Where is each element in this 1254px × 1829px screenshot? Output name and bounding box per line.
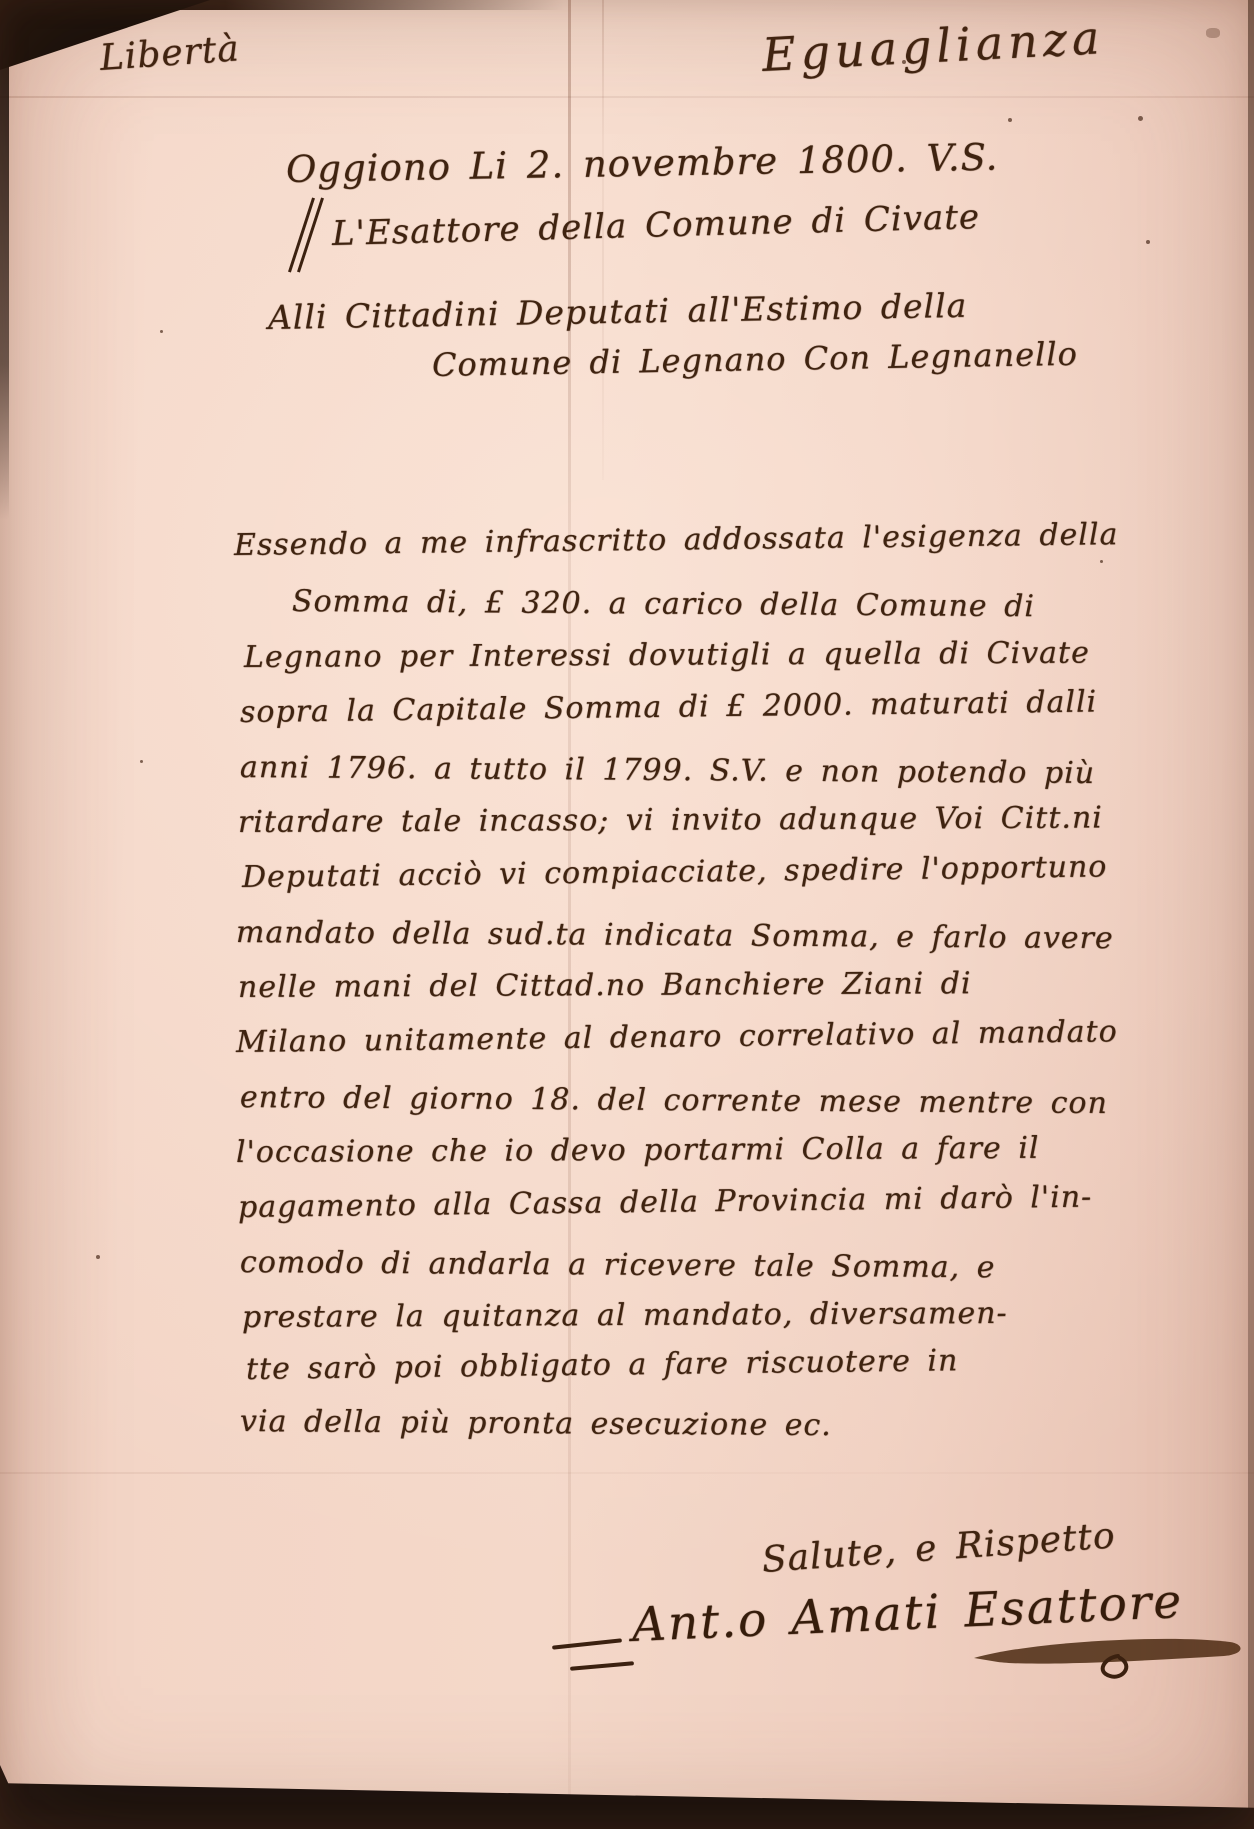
body-line: comodo di andarla a ricevere tale Somma,… (240, 1245, 996, 1285)
horizontal-crease (0, 96, 1254, 98)
body-line: Essendo a me infrascritto addossata l'es… (234, 517, 1119, 563)
ink-speck (96, 1255, 100, 1259)
body-line: ritardare tale incasso; vi invito adunqu… (238, 800, 1103, 840)
body-line: entro del giorno 18. del corrente mese m… (240, 1080, 1108, 1121)
scan-edge-left (0, 0, 9, 520)
ink-speck (140, 760, 143, 763)
motto-liberta: Libertà (99, 28, 241, 79)
motto-eguaglianza: Eguaglianza (761, 10, 1106, 82)
stain-spot (1206, 28, 1220, 38)
body-line: sopra la Capitale Somma di £ 2000. matur… (240, 685, 1098, 730)
scan-edge-bottom (0, 1773, 1254, 1829)
body-line: via della più pronta esecuzione ec. (240, 1404, 832, 1443)
body-line: Milano unitamente al denaro correlativo … (236, 1014, 1118, 1060)
ink-speck (1146, 240, 1150, 244)
sender-line: L'Esattore della Comune di Civate (331, 197, 980, 254)
body-line: mandato della sud.ta indicata Somma, e f… (236, 915, 1114, 956)
closing-salutation: Salute, e Rispetto (761, 1515, 1117, 1581)
ink-speck (1100, 560, 1103, 563)
body-line: Somma di, £ 320. a carico della Comune d… (292, 584, 1035, 624)
paper-sheet: Libertà Eguaglianza Oggiono Li 2. novemb… (0, 0, 1254, 1829)
body-line: nelle mani del Cittad.no Banchiere Ziani… (238, 966, 972, 1005)
body-line: Deputati acciò vi compiacciate, spedire … (242, 849, 1108, 895)
horizontal-crease (0, 1472, 1254, 1474)
paraph-stroke-icon (300, 196, 310, 274)
body-line: prestare la quitanza al mandato, diversa… (242, 1296, 1008, 1335)
body-line: Legnano per Interessi dovutigli a quella… (244, 636, 1090, 675)
scan-edge-right (1248, 0, 1254, 1829)
body-line: tte sarò poi obbligato a fare riscuotere… (246, 1343, 959, 1387)
body-line: l'occasione che io devo portarmi Colla a… (236, 1131, 1040, 1170)
addressee-line-1: Alli Cittadini Deputati all'Estimo della (268, 286, 968, 337)
ink-speck (1138, 116, 1143, 121)
signature-flourish-icon (968, 1612, 1248, 1682)
ink-speck (1008, 118, 1012, 122)
signature-paraph-icon (552, 1636, 644, 1682)
body-line: anni 1796. a tutto il 1799. S.V. e non p… (240, 750, 1095, 791)
ink-speck (160, 330, 163, 333)
body-line: pagamento alla Cassa della Provincia mi … (238, 1180, 1093, 1225)
addressee-line-2: Comune di Legnano Con Legnanello (432, 335, 1078, 384)
vertical-fold-crease (568, 0, 571, 1829)
scanned-letter-page: Libertà Eguaglianza Oggiono Li 2. novemb… (0, 0, 1254, 1829)
dateline: Oggiono Li 2. novembre 1800. V.S. (286, 136, 999, 191)
